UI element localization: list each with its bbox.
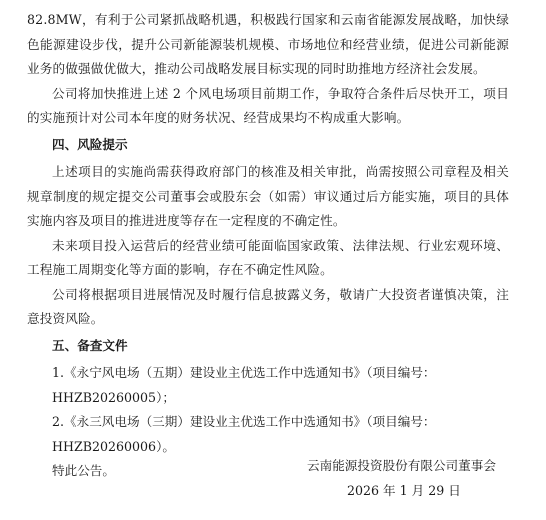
paragraph-risk-operation: 未来项目投入运营后的经营业绩可能面临国家政策、法律法规、行业宏观环境、工程施工周… xyxy=(27,234,509,283)
document-list-item: 1.《永宁风电场（五期）建设业主优选工作中选通知书》（项目编号：HHZB2026… xyxy=(52,361,509,410)
paragraph-strategy: 82.8MW，有利于公司紧抓战略机遇，积极践行国家和云南省能源发展战略，加快绿色… xyxy=(27,8,509,82)
paragraph-risk-approval: 上述项目的实施尚需获得政府部门的核准及相关审批，尚需按照公司章程及相关规章制度的… xyxy=(27,160,509,234)
document-page: 82.8MW，有利于公司紧抓战略机遇，积极践行国家和云南省能源发展战略，加快绿色… xyxy=(27,8,509,484)
signature-organization: 云南能源投资股份有限公司董事会 xyxy=(307,456,496,476)
paragraph-risk-disclosure: 公司将根据项目进展情况及时履行信息披露义务，敬请广大投资者谨慎决策，注意投资风险… xyxy=(27,283,509,332)
signature-date: 2026 年 1 月 29 日 xyxy=(347,481,461,501)
section-heading-risk: 四、风险提示 xyxy=(52,133,509,158)
section-heading-documents: 五、备查文件 xyxy=(52,334,509,359)
paragraph-progress: 公司将加快推进上述 2 个风电场项目前期工作，争取符合条件后尽快开工，项目的实施… xyxy=(27,82,509,131)
document-list-item: 2.《永三风电场（三期）建设业主优选工作中选通知书》（项目编号：HHZB2026… xyxy=(52,410,509,459)
